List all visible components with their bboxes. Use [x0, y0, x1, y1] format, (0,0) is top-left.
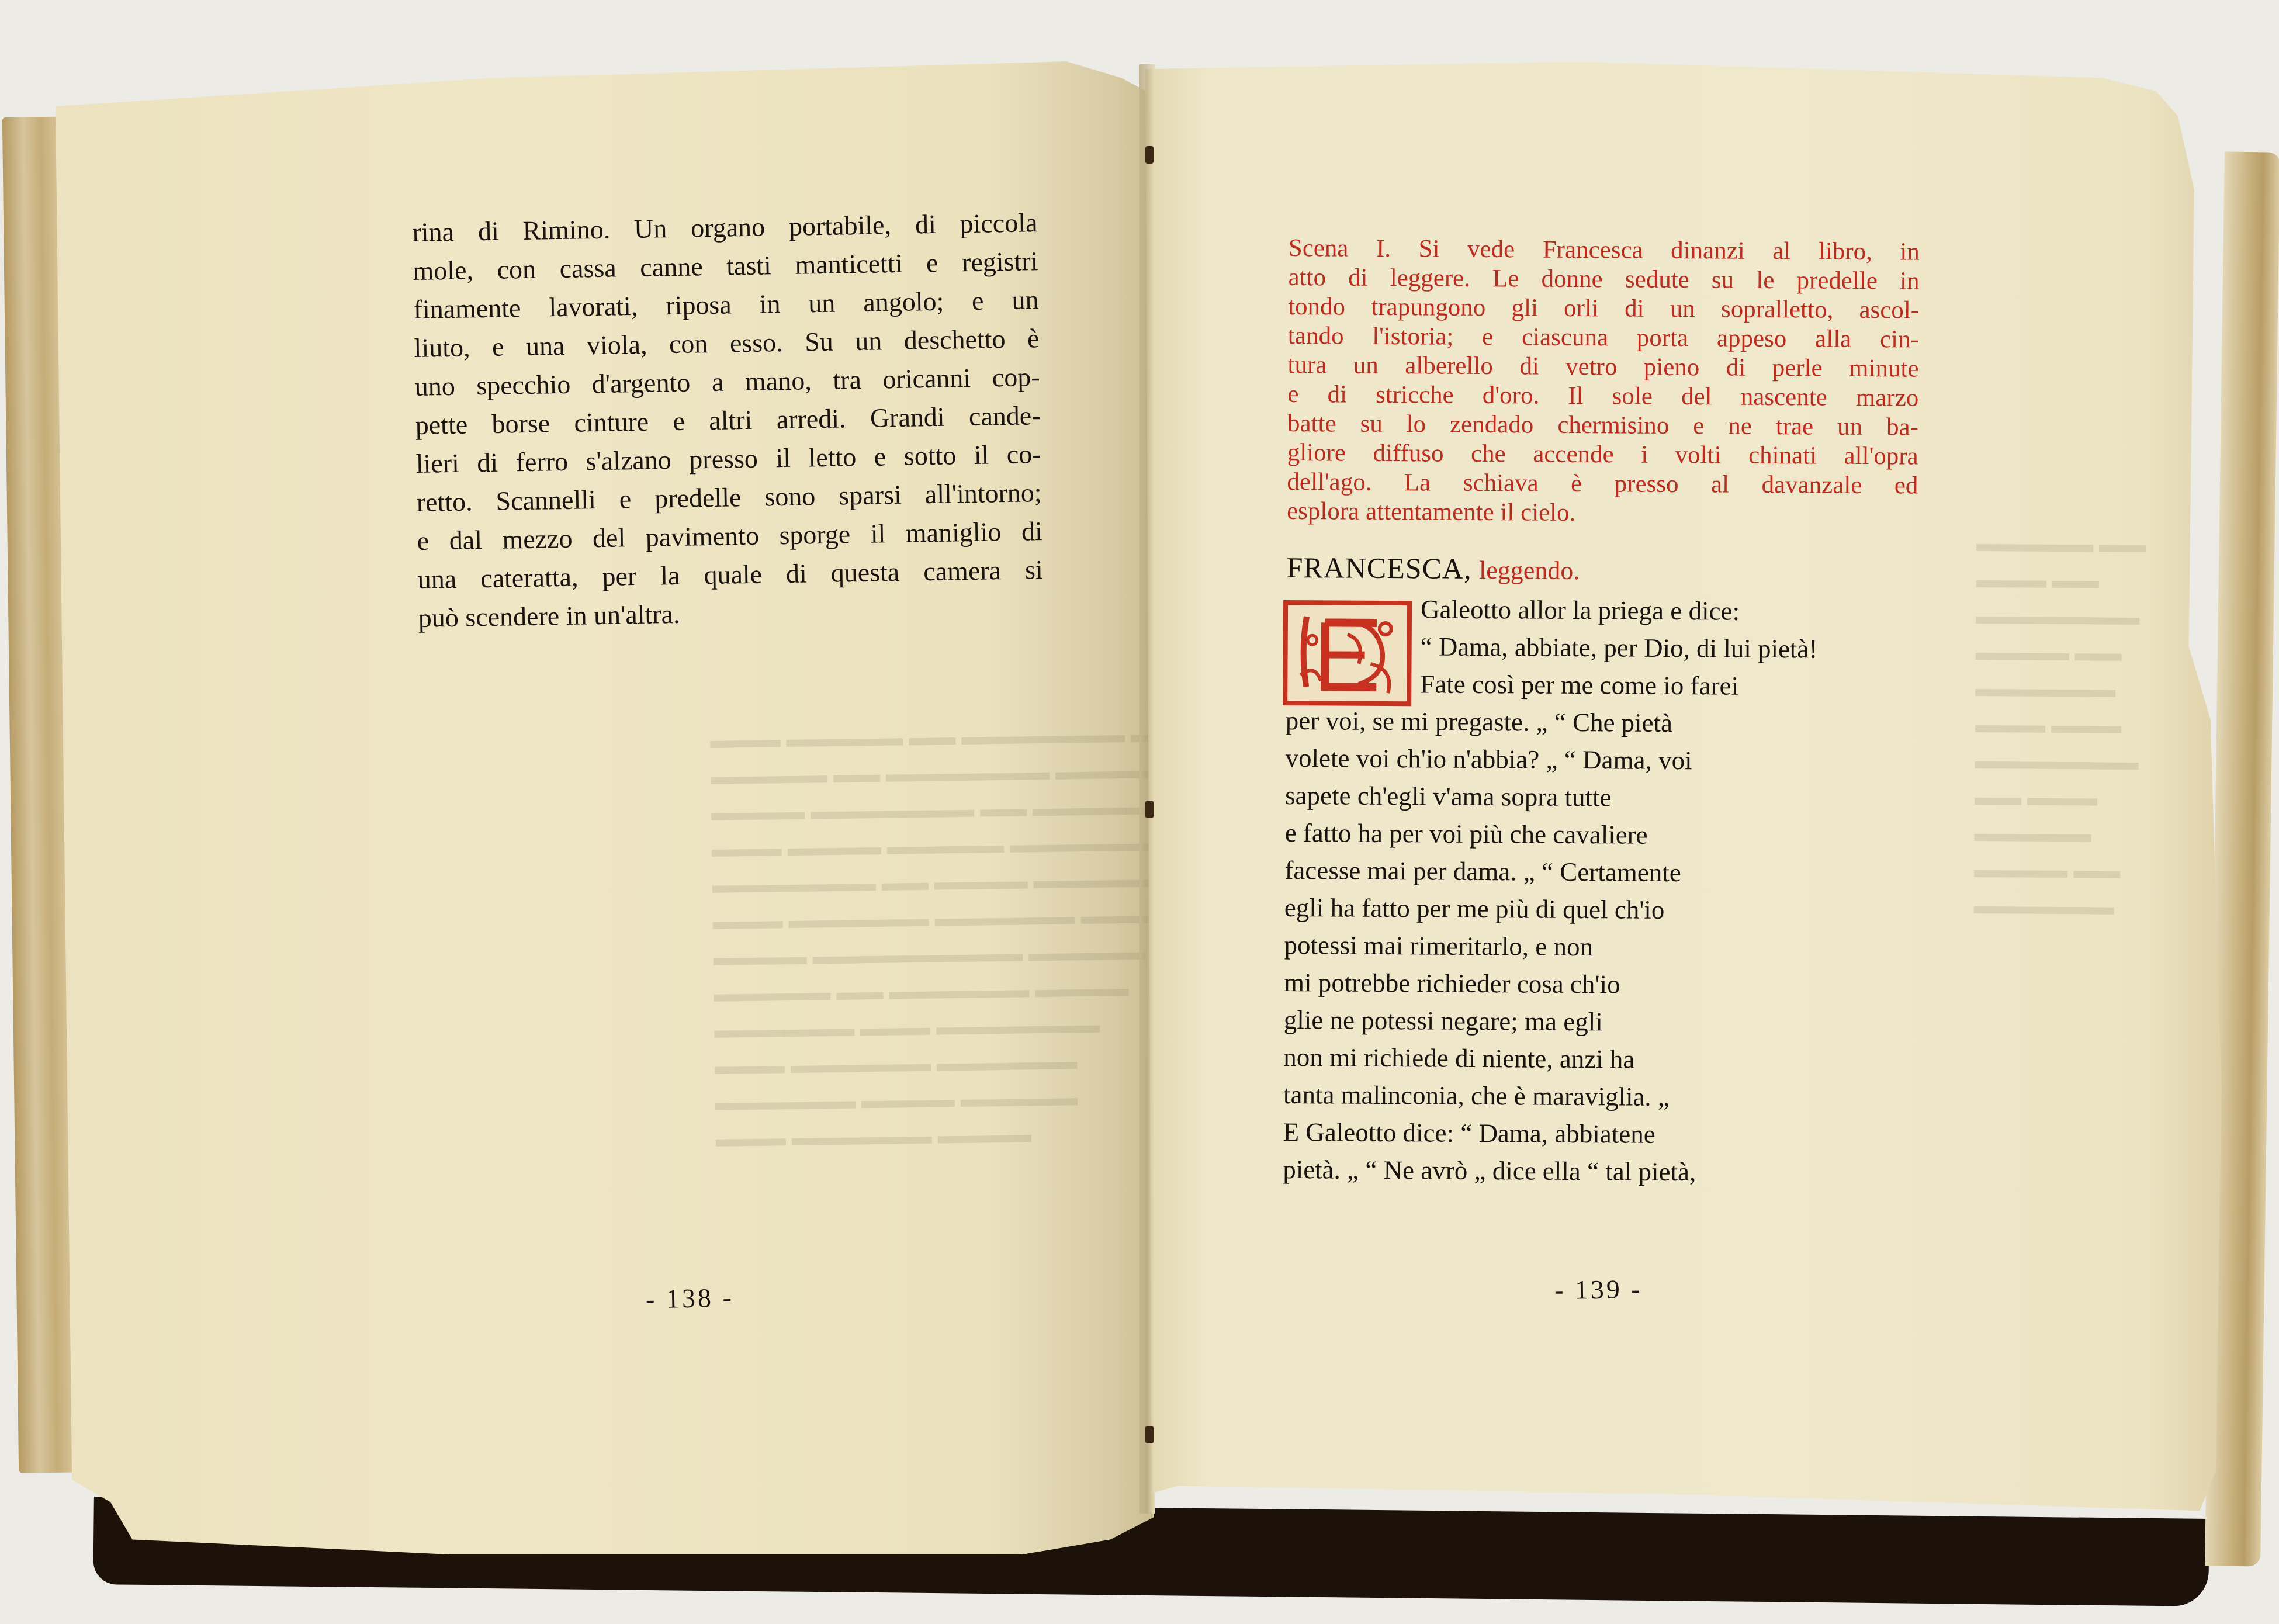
stage-line: gliore diffuso che accende i volti china…: [1287, 438, 1918, 472]
stage-line: atto di leggere. Le donne sedute su le p…: [1288, 263, 1919, 296]
stage-line: tondo trapungono gli orli di un sopralle…: [1288, 292, 1919, 326]
verse-block: Galeotto allor la priega e dice: “ Dama,…: [1283, 590, 1917, 1192]
speaker-name: FRANCESCA,: [1286, 551, 1471, 585]
speaker-heading: FRANCESCA, leggendo.: [1286, 547, 1917, 594]
verse-line: egli ha fatto per me più di quel ch'io: [1284, 889, 1916, 930]
verse-line: E Galeotto dice: “ Dama, abbiatene: [1283, 1113, 1914, 1155]
verse-line: sapete ch'egli v'ama sopra tutte: [1285, 777, 1916, 818]
verse-line: per voi, se mi pregaste. „ “ Che pietà: [1286, 702, 1917, 743]
verse-line: facesse mai per dama. „ “ Certamente: [1284, 851, 1916, 893]
stage-direction: Scena I. Si vede Francesca dinanzi al li…: [1287, 234, 1920, 530]
verse-line: potessi mai rimeritarlo, e non: [1284, 926, 1915, 968]
stage-line: Scena I. Si vede Francesca dinanzi al li…: [1289, 234, 1920, 267]
binding-stitch: [1145, 801, 1154, 818]
stage-line: esplora attentamente il cielo.: [1287, 497, 1918, 530]
verse-line: non mi richiede di niente, anzi ha: [1283, 1038, 1914, 1080]
verse-line: e fatto ha per voi più che cavaliere: [1285, 814, 1916, 856]
stage-line: e di stricche d'oro. Il sole del nascent…: [1287, 380, 1918, 413]
dropcap-e-glyph: [1287, 605, 1407, 701]
book-gutter: [1139, 64, 1155, 1514]
speaker-direction: leggendo.: [1479, 556, 1580, 585]
show-through-text: ▬▬▬ ▬▬▬▬▬ ▬▬ ▬▬▬▬▬▬▬ ▬▬▬ ▬▬▬▬▬ ▬▬ ▬▬▬▬▬▬…: [710, 715, 1207, 1157]
left-page-text: rina di Rimino. Un organo portabile, di …: [412, 203, 1044, 638]
verse-line: pietà. „ “ Ne avrò „ dice ella “ tal pie…: [1283, 1151, 1914, 1192]
right-page-text: Scena I. Si vede Francesca dinanzi al li…: [1283, 234, 1920, 1192]
show-through-text: ▬▬▬▬▬ ▬▬ ▬▬▬ ▬▬ ▬▬▬▬▬▬▬ ▬▬▬▬ ▬▬ ▬▬▬▬▬▬ ▬…: [1974, 525, 2146, 925]
verse-line: glie ne potessi negare; ma egli: [1284, 1001, 1915, 1043]
ornamental-dropcap-e-icon: [1283, 600, 1412, 706]
verse-line: tanta malinconia, che è maraviglia. „: [1283, 1076, 1914, 1117]
binding-stitch: [1145, 146, 1154, 164]
verse-line: volete voi ch'io n'abbia? „ “ Dama, voi: [1285, 739, 1916, 781]
stage-line: tura un alberello di vetro pieno di perl…: [1287, 351, 1918, 384]
stage-line: tando l'istoria; e ciascuna porta appeso…: [1288, 321, 1919, 355]
page-number-left: - 138 -: [645, 1282, 734, 1314]
page-number-right: - 139 -: [1554, 1273, 1643, 1306]
binding-stitch: [1145, 1426, 1154, 1443]
verse-line: mi potrebbe richieder cosa ch'io: [1284, 964, 1915, 1005]
stage-line: batte su lo zendado chermisino e ne trae…: [1287, 409, 1918, 442]
stage-line: dell'ago. La schiava è presso al davanza…: [1287, 468, 1918, 501]
